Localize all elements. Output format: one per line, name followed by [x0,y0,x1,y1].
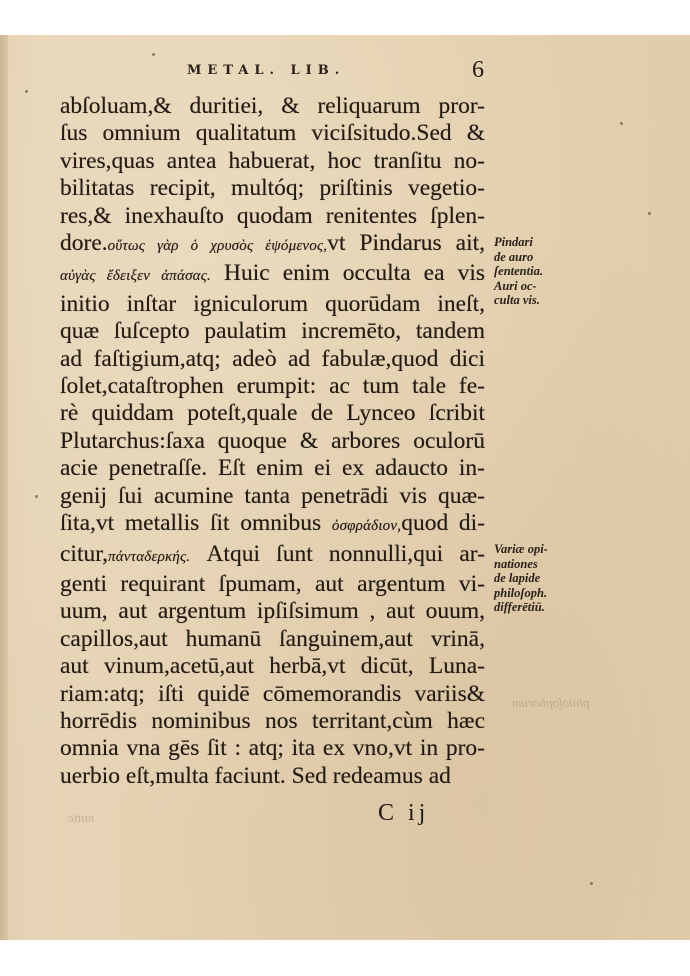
text-line: vires,quas antea habuerat, hoc tranſitu … [60,148,485,175]
main-text-block: abſoluam,& duritiei, & reliquarum pror- … [60,93,485,790]
greek-quotation: αὐγὰς ἔδειξεν ἀπάσας. [60,268,211,284]
paper-speck [152,53,155,56]
text-line: uum, aut argentum ipſiſsimum , aut ouum, [60,598,485,625]
marginal-note-pindar: Pindari de auro ſententia. Auri oc- cult… [494,235,594,308]
text-line: omnia vna gēs ſit : atq; ita ex vno,vt i… [60,735,485,762]
paper-speck [590,882,593,885]
signature-mark: C ij [378,800,429,827]
paper-speck [648,212,651,215]
text-line: bilitatas recipit, multóq; priſtinis veg… [60,175,485,202]
text-line: aut vinum,acetū,aut herbā,vt dicūt, Luna… [60,653,485,680]
text-line: abſoluam,& duritiei, & reliquarum pror- [60,93,485,120]
text-line: initio inſtar igniculorum quorūdam ineſt… [60,291,485,318]
text-line: horrēdis nominibus nos territant,cùm hæc [60,708,485,735]
marginal-line: ſententia. [494,264,594,279]
text-line: genij ſui acumine tanta penetrādi vis qu… [60,483,485,510]
folio-number: 6 [472,57,484,84]
text-line: uerbio eſt,multa faciunt. Sed redeamus a… [60,763,485,790]
latin-text: citur, [60,541,108,567]
marginal-line: differētiū. [494,600,594,615]
text-line: ſita,vt metallis ſit omnibus ὀσφράδιον,q… [60,510,485,540]
text-line: ſus omnium qualitatum viciſsitudo.Sed & [60,120,485,147]
binding-edge [0,35,8,940]
book-page: METAL. LIB. 6 abſoluam,& duritiei, & rel… [0,35,690,940]
marginal-line: de auro [494,250,594,265]
latin-text: Huic enim occulta ea vis [211,260,485,286]
bleed-through-text: philoſophorum [512,695,589,711]
running-header: METAL. LIB. [187,63,345,78]
text-line: citur,πάνταδερκής. Atqui ſunt nonnulli,q… [60,541,485,571]
marginal-line: Auri oc- [494,279,594,294]
text-line: dore.οὕτως γὰρ ὁ χρυσὸς ἑψόμενος,vt Pind… [60,230,485,260]
text-line: acie penetraſſe. Eſt enim ei ex adaucto … [60,455,485,482]
marginal-note-opinions: Variæ opi- nationes de lapide philoſoph.… [494,542,594,615]
latin-text: ſita,vt metallis ſit omnibus [60,510,321,536]
latin-text: vt Pindarus ait, [327,230,485,256]
text-line: Plutarchus:ſaxa quoque & arbores oculorū [60,428,485,455]
latin-text: Atqui ſunt nonnulli,qui ar- [190,541,485,567]
marginal-line: culta vis. [494,293,594,308]
text-line: genti requirant ſpumam, aut argentum vi- [60,571,485,598]
marginal-line: de lapide [494,571,594,586]
text-line: ad faſtigium,atq; adeò ad fabulæ,quod di… [60,346,485,373]
text-line: αὐγὰς ἔδειξεν ἀπάσας. Huic enim occulta … [60,260,485,290]
greek-quotation: οὕτως γὰρ ὁ χρυσὸς ἑψόμενος, [108,238,328,254]
marginal-line: Pindari [494,235,594,250]
marginal-line: nationes [494,557,594,572]
marginal-line: philoſoph. [494,586,594,601]
text-line: rè quiddam poteſt,quale de Lynceo ſcribi… [60,400,485,427]
paper-speck [620,122,623,125]
greek-word: πάνταδερκής. [108,549,190,565]
latin-text: quod di- [401,510,485,536]
bleed-through-text: mitte [68,810,94,826]
latin-text: dore. [60,230,108,256]
text-line: ſolet,cataſtrophen erumpit: ac tum tale … [60,373,485,400]
text-line: riam:atq; iſti quidē cōmemorandis variis… [60,681,485,708]
text-line: quæ ſuſcepto paulatim incremēto, tandem [60,318,485,345]
paper-speck [25,90,28,93]
greek-word: ὀσφράδιον, [332,518,401,534]
text-line: capillos,aut humanū ſanguinem,aut vrinā, [60,626,485,653]
text-line: res,& inexhauſto quodam renitentes ſplen… [60,203,485,230]
paper-speck [35,495,38,498]
marginal-line: Variæ opi- [494,542,594,557]
